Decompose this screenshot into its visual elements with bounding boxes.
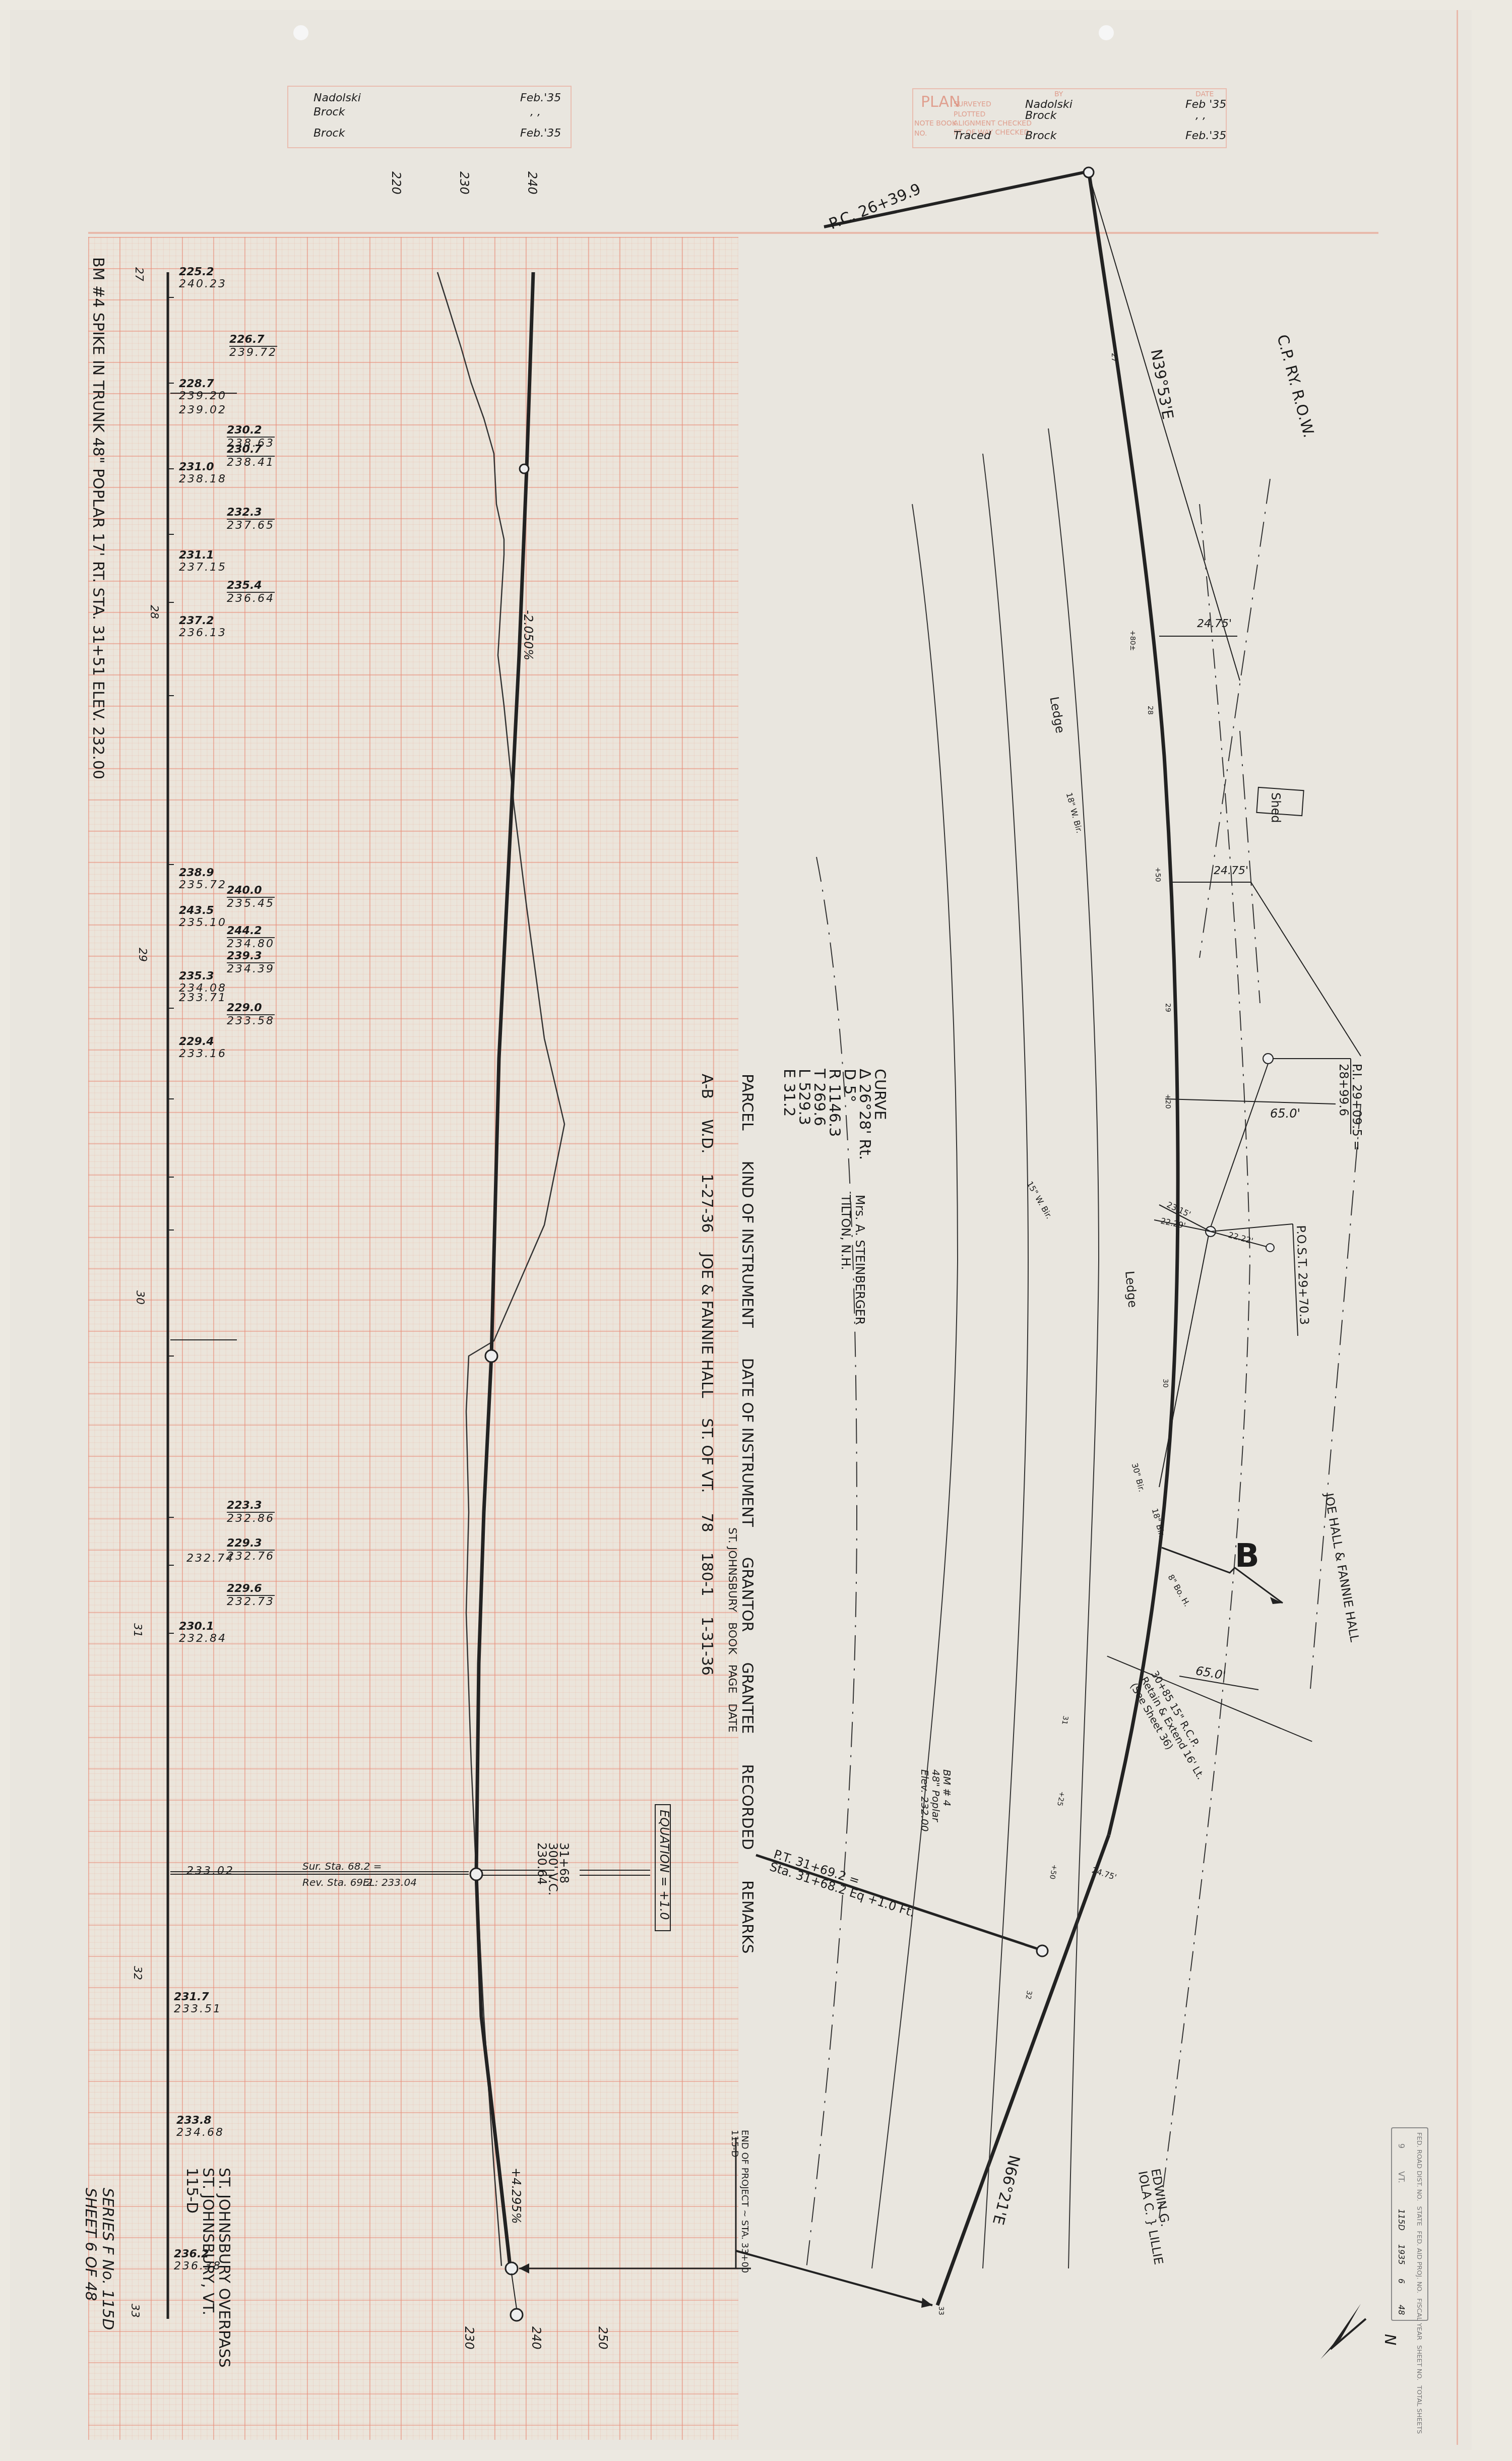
pi-station: P.I. 29+09.5 = [1350, 1064, 1363, 1151]
stamp-header: STATE [1415, 2206, 1422, 2226]
station-number: 30 [134, 1290, 146, 1305]
dimension: 24.75' [1197, 618, 1232, 630]
parcel-letter: B [1235, 1537, 1259, 1575]
col-subheader: PAGE [726, 1665, 738, 1693]
cell: W.D. [698, 1119, 716, 1153]
recorded-place: ST. JOHNSBURY [726, 1527, 738, 1612]
cell: JOE & FANNIE HALL [698, 1253, 716, 1398]
plan-station: +80± [1128, 630, 1137, 651]
stamp-headers: FED. ROAD DIST. NO. STATE FED. AID PROJ.… [1415, 2132, 1422, 2314]
station-elevation: 229.6232.73 [227, 1583, 275, 1608]
col-header: GRANTEE [738, 1662, 756, 1734]
station-elevation: 235.3234.08 [179, 970, 227, 995]
axis-tick-top: 220 [389, 171, 403, 195]
pvi-label: 31+68 300' V.C. 230.64 [536, 1842, 570, 1895]
plan-station: 32 [1024, 1990, 1033, 2000]
owner-steinberger: Mrs. A. STEINBERGER TILTON, N.H. [839, 1195, 867, 1325]
station-elevation: 239.02 [179, 404, 227, 416]
axis-tick-bottom: 250 [596, 2326, 610, 2350]
shed-label: Shed [1269, 792, 1283, 823]
plan-station: 28 [1146, 706, 1154, 715]
station-elevation: 232.3237.65 [227, 507, 275, 532]
pvi-vc: 300' V.C. [547, 1842, 558, 1895]
station-number: 28 [148, 605, 160, 619]
stamp-header: TOTAL SHEETS [1415, 2385, 1422, 2434]
end-project-label: END OF PROJECT ~ STA. 33+00 [739, 2130, 749, 2273]
station-elevation: 235.4236.64 [227, 580, 275, 605]
axis-tick-bottom: 240 [529, 2326, 543, 2350]
federal-aid-stamp: FED. ROAD DIST. NO. STATE FED. AID PROJ.… [1391, 2127, 1428, 2321]
parcel-table: PARCEL KIND OF INSTRUMENT DATE OF INSTRU… [698, 1074, 756, 1954]
plan-station: 27 [1110, 353, 1118, 362]
parcel-table-header: PARCEL KIND OF INSTRUMENT DATE OF INSTRU… [738, 1074, 756, 1954]
benchmark-note: BM #4 SPIKE IN TRUNK 48" POPLAR 17' RT. … [89, 257, 107, 779]
curve-t: T 269.6 [811, 1069, 827, 1160]
cell: A-B [698, 1074, 716, 1099]
station-elevation: 228.7239.20 [179, 378, 227, 402]
curve-e: E 31.2 [781, 1069, 796, 1160]
equation-box: EQUATION = +1.0 [657, 1810, 671, 1920]
col-header: PARCEL [738, 1074, 756, 1131]
station-elevation: 231.0238.18 [179, 461, 227, 485]
cell: 180-1 [698, 1553, 716, 1596]
stamp-value: 48 [1397, 2305, 1406, 2315]
sur-sta: Sur. Sta. 68.2 = [302, 1860, 382, 1872]
station-elevation: 230.1232.84 [179, 1621, 227, 1645]
station-elevation: 233.02 [186, 1865, 234, 1877]
col-subheader: BOOK [726, 1622, 738, 1654]
owner-name: Mrs. A. STEINBERGER [853, 1195, 867, 1325]
owner-location: TILTON, N.H. [839, 1195, 853, 1325]
station-elevation: 233.71 [179, 992, 227, 1004]
station-elevation: 243.5235.10 [179, 905, 227, 929]
bm-label: BM # 4 48" Poplar Elev. 232.00 [919, 1769, 953, 1831]
cell: 1-31-36 [698, 1617, 716, 1676]
station-elevation: 223.3232.86 [227, 1500, 275, 1525]
plan-station: 29 [1164, 1003, 1172, 1012]
plan-station: +20 [1164, 1094, 1172, 1109]
dimension: 65.0' [1270, 1106, 1300, 1121]
col-header: DATE OF INSTRUMENT [738, 1358, 756, 1527]
grade-label: -2.050% [521, 610, 535, 660]
el-label: EL: 233.04 [363, 1876, 417, 1888]
end-of-project: END OF PROJECT ~ STA. 33+00 115-D [729, 2130, 749, 2273]
dimension: 24.75' [1214, 865, 1248, 877]
series-block: SERIES F No. 115D SHEET 6 OF 48 [82, 2188, 116, 2330]
stamp-header: FED. ROAD DIST. NO. [1415, 2132, 1422, 2201]
bm-number: BM # 4 [941, 1769, 953, 1831]
north-arrow-label: N [1381, 2334, 1399, 2345]
curve-d: D 5° [842, 1069, 857, 1160]
station-number: 31 [131, 1623, 144, 1637]
curve-delta: Δ 26°28' Rt. [857, 1069, 872, 1160]
station-elevation: 239.3234.39 [227, 950, 275, 975]
end-project-number: 115-D [729, 2130, 739, 2273]
col-header: KIND OF INSTRUMENT [738, 1161, 756, 1328]
curve-title: CURVE [872, 1069, 887, 1160]
curve-data: CURVE Δ 26°28' Rt. D 5° R 1146.3 T 269.6… [781, 1069, 887, 1160]
station-number: 27 [133, 267, 145, 281]
pi-station-2: 28+99.6 [1337, 1064, 1350, 1151]
stamp-value: 6 [1397, 2279, 1406, 2284]
grade-label: +4.295% [509, 2168, 523, 2224]
stamp-header: FED. AID PROJ. NO. [1415, 2231, 1422, 2294]
stamp-header: FISCAL YEAR [1415, 2298, 1422, 2340]
plan-station: 30 [1161, 1379, 1169, 1388]
station-elevation: 233.8234.68 [176, 2115, 224, 2139]
station-elevation: 231.1237.15 [179, 549, 227, 574]
station-elevation: 244.2234.80 [227, 925, 275, 950]
station-elevation: 229.0233.58 [227, 1002, 275, 1027]
station-elevation: 236.2236.38 [174, 2248, 222, 2272]
stamp-value: 9 [1397, 2143, 1406, 2148]
stamp-value: 1935 [1397, 2244, 1406, 2265]
axis-tick-top: 230 [457, 171, 471, 195]
plan-station: +50 [1154, 867, 1162, 882]
station-elevation: 229.4233.16 [179, 1036, 227, 1060]
curve-r: R 1146.3 [827, 1069, 842, 1160]
pvi-station: 31+68 [558, 1842, 570, 1895]
station-elevation: 238.9235.72 [179, 867, 227, 891]
station-elevation: 225.2240.23 [179, 266, 227, 290]
curve-l: L 529.3 [796, 1069, 811, 1160]
plan-station: 33 [937, 2306, 945, 2315]
stamp-value: VT. [1397, 2171, 1406, 2183]
col-header: REMARKS [738, 1880, 756, 1954]
station-elevation: 226.7239.72 [229, 334, 277, 359]
station-number: 29 [136, 948, 149, 962]
cell: 1-27-36 [698, 1174, 716, 1233]
series-number: SERIES F No. 115D [99, 2188, 116, 2330]
sheet-number: SHEET 6 OF 48 [82, 2188, 99, 2330]
station-elevation: 240.0235.45 [227, 885, 275, 910]
rev-sta: Rev. Sta. 69.2 [302, 1876, 372, 1888]
recorded-subheader: ST. JOHNSBURY BOOK PAGE DATE [726, 1527, 738, 1954]
bm-elev: Elev. 232.00 [919, 1769, 930, 1831]
station-elevation: 230.7238.41 [227, 444, 275, 469]
col-subheader: DATE [726, 1703, 738, 1732]
stamp-header: SHEET NO. [1415, 2345, 1422, 2380]
stamp-value: 115D [1397, 2209, 1406, 2231]
station-elevation: 237.2236.13 [179, 615, 227, 639]
station-number: 32 [131, 1966, 144, 1980]
col-header: GRANTOR [738, 1557, 756, 1632]
table-row: A-B W.D. 1-27-36 JOE & FANNIE HALL ST. O… [698, 1074, 716, 1954]
plan-station: 31 [1060, 1715, 1069, 1725]
cell: ST. OF VT. [698, 1418, 716, 1493]
station-elevation: 232.74 [186, 1553, 234, 1565]
pi-label: P.I. 29+09.5 = 28+99.6 [1337, 1064, 1363, 1151]
axis-tick-top: 240 [525, 171, 539, 195]
axis-tick-bottom: 230 [462, 2326, 476, 2350]
station-elevation: 231.7233.51 [174, 1991, 222, 2015]
station-number: 33 [129, 2304, 141, 2318]
cell: 78 [698, 1513, 716, 1532]
col-header: RECORDED [738, 1764, 756, 1850]
bm-tree: 48" Poplar [930, 1769, 941, 1831]
